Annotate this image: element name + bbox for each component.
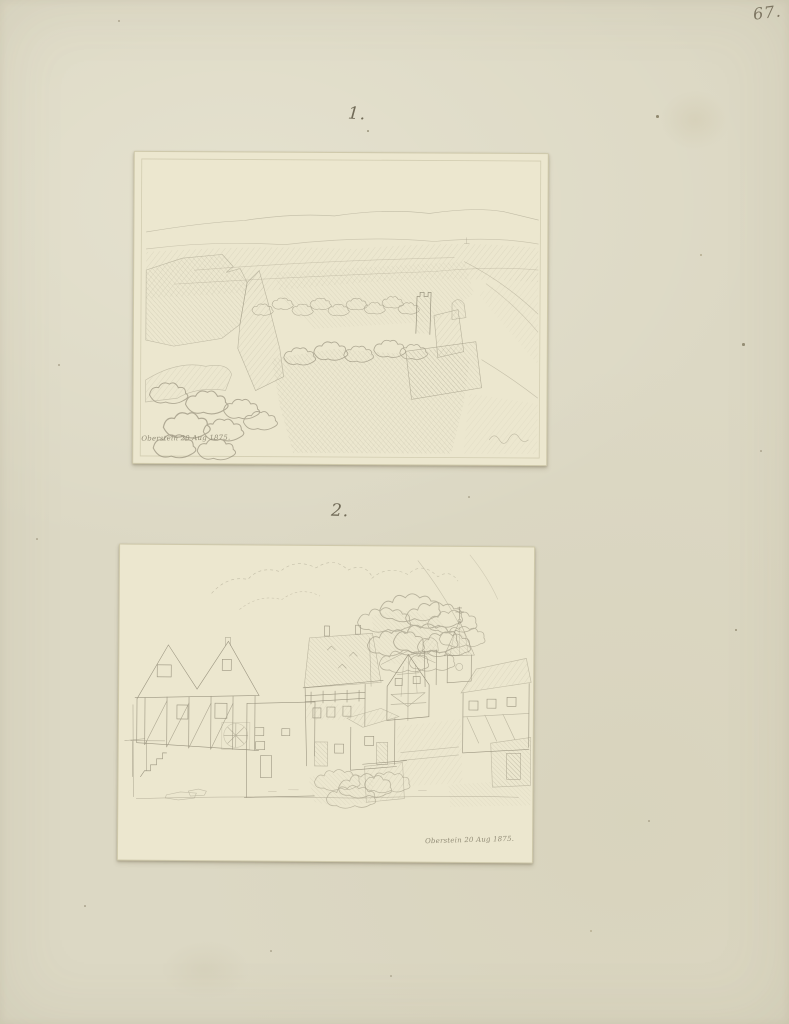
- drawing-2-sketch: [118, 545, 534, 863]
- figure-1-label: 1.: [347, 103, 367, 124]
- foxing-spot: [36, 538, 38, 540]
- paper-stain: [660, 90, 730, 150]
- foxing-spot: [58, 364, 60, 366]
- foxing-spot: [84, 905, 86, 907]
- figure-2-label: 2.: [331, 501, 350, 522]
- drawing-1-sketch: [133, 152, 548, 465]
- foxing-spot: [648, 820, 650, 822]
- foxing-spot: [700, 254, 702, 256]
- foxing-spot: [656, 115, 659, 118]
- album-page: 67. 1.: [0, 0, 789, 1024]
- page-number: 67.: [751, 1, 782, 23]
- paper-stain: [160, 940, 250, 1000]
- foxing-spot: [367, 130, 369, 132]
- foxing-spot: [270, 950, 272, 952]
- foxing-spot: [468, 496, 470, 498]
- foxing-spot: [590, 930, 592, 932]
- foxing-spot: [118, 20, 120, 22]
- drawing-1-inscription: Oberstein 20 Aug 1875.: [141, 434, 230, 443]
- drawing-1-sheet: Oberstein 20 Aug 1875.: [132, 151, 549, 466]
- foxing-spot: [390, 975, 392, 977]
- foxing-spot: [742, 343, 745, 346]
- foxing-spot: [760, 450, 762, 452]
- foxing-spot: [735, 629, 737, 631]
- drawing-2-sheet: Oberstein 20 Aug 1875.: [117, 544, 535, 864]
